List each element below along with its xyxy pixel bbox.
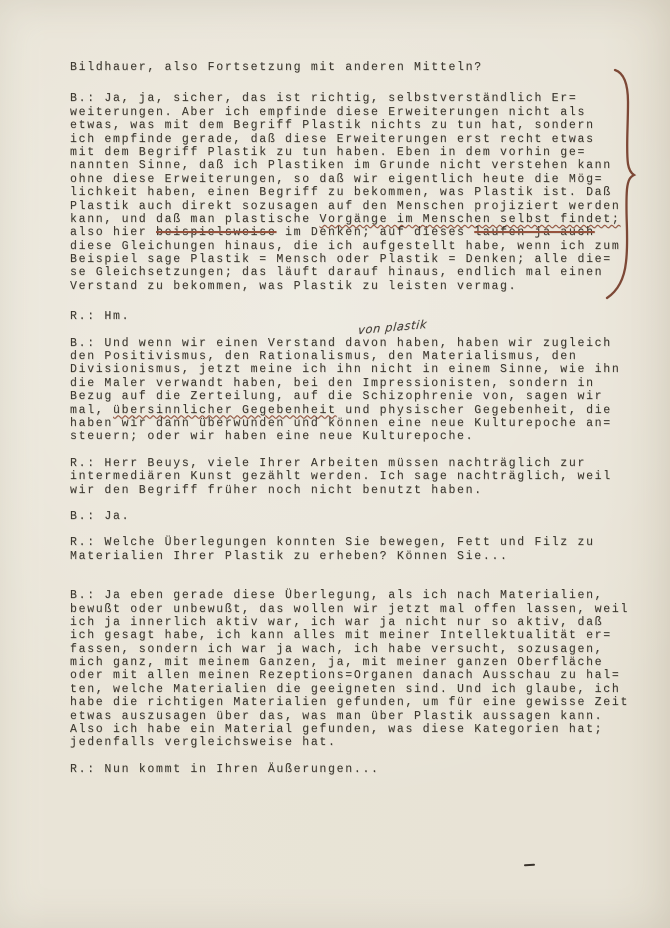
- typed-text-line: B.: Und wenn wir einen Verstand davon ha…: [70, 337, 632, 350]
- typed-text-line: bewußt oder unbewußt, das wollen wir jet…: [70, 603, 632, 616]
- typed-lines-group: diese Gleichungen hinaus, die ich aufges…: [70, 240, 632, 294]
- typed-text-line: Plastik auch direkt sozusagen auf den Me…: [70, 200, 632, 213]
- red-underlined-text: übersinnlicher Gegebenheit: [113, 404, 337, 417]
- typed-text-line: weiterungen. Aber ich empfinde diese Erw…: [70, 106, 632, 119]
- typed-text-line: lichkeit haben, einen Begriff zu bekomme…: [70, 186, 632, 199]
- typed-text-line: mal, übersinnlicher Gegebenheit und phys…: [70, 404, 632, 417]
- typed-text-line: ich ja innerlich aktiv war, ich war ja n…: [70, 616, 632, 629]
- typed-lines-group: haben wir dann überwunden und können ein…: [70, 417, 632, 444]
- scanned-document-page: Bildhauer, also Fortsetzung mit anderen …: [0, 0, 670, 928]
- typed-text-line: Also ich habe ein Material gefunden, was…: [70, 723, 632, 736]
- typed-text-line: Bildhauer, also Fortsetzung mit anderen …: [70, 61, 632, 74]
- typed-text-line: nannten Sinne, daß ich Plastiken im Grun…: [70, 159, 632, 172]
- red-underlined-text: Vorgänge im Menschen selbst findet;: [319, 213, 620, 226]
- typed-text-line: oder mit allen meinen Rezeptions=Organen…: [70, 669, 632, 682]
- typed-text-line: diese Gleichungen hinaus, die ich aufges…: [70, 240, 632, 253]
- paragraph-beuys-1: B.: Ja, ja, sicher, das ist richtig, sel…: [70, 92, 632, 293]
- typed-text-line: habe die richtigen Materialien gefunden,…: [70, 696, 632, 709]
- typed-text-line: fassen, sondern ich war ja wach, ich hab…: [70, 643, 632, 656]
- red-struck-text: laufen ja auch: [474, 226, 594, 239]
- typewritten-text-block: Bildhauer, also Fortsetzung mit anderen …: [70, 61, 632, 789]
- typed-text-line: se Gleichsetzungen; das läuft darauf hin…: [70, 266, 632, 279]
- typed-text-line: B.: Ja eben gerade diese Überlegung, als…: [70, 589, 632, 602]
- typed-text-line: ten, welche Materialien die geeigneten s…: [70, 683, 632, 696]
- typed-text-line: ich gesagt habe, ich kann alles mit mein…: [70, 629, 632, 642]
- paragraph-interviewer-1: R.: Hm.: [70, 310, 632, 323]
- typed-text-line: haben wir dann überwunden und können ein…: [70, 417, 632, 430]
- typed-text-line: B.: Ja.: [70, 510, 632, 523]
- typed-text-line: die Maler verwandt haben, bei den Impres…: [70, 377, 632, 390]
- typed-text-line: steuern; oder wir haben eine neue Kultur…: [70, 430, 632, 443]
- typed-text-line: kann, und daß man plastische Vorgänge im…: [70, 213, 632, 226]
- typed-text-line: B.: Ja, ja, sicher, das ist richtig, sel…: [70, 92, 632, 105]
- typed-text-line: Divisionismus, jetzt meine ich ihn nicht…: [70, 363, 632, 376]
- typed-text-line: etwas auszusagen über das, was man über …: [70, 710, 632, 723]
- typed-lines-group: B.: Ja.: [70, 510, 632, 523]
- typed-text-line: also hier beispielsweise im Denken; auf …: [70, 226, 632, 239]
- typed-text-line: jedenfalls vergleichsweise hat.: [70, 736, 632, 749]
- typed-text-line: intermediären Kunst gezählt werden. Ich …: [70, 470, 632, 483]
- typed-lines-group: R.: Hm.: [70, 310, 632, 323]
- typed-text-line: den Positivismus, den Rationalismus, den…: [70, 350, 632, 363]
- typed-lines-group: B.: Und wenn wir einen Verstand davon ha…: [70, 337, 632, 404]
- typed-text-line: R.: Hm.: [70, 310, 632, 323]
- margin-brace-mark: [598, 66, 646, 306]
- typed-text-line: ohne diese Erweiterungen, so daß wir eig…: [70, 173, 632, 186]
- red-struck-text: beispielsweise: [156, 226, 276, 239]
- brace-stroke: [607, 70, 634, 298]
- typed-text: mal,: [70, 404, 113, 417]
- typed-text: im Denken; auf dieses: [276, 226, 474, 239]
- typed-text-line: mich ganz, mit meinem Ganzen, ja, mit me…: [70, 656, 632, 669]
- typed-lines-group: B.: Ja, ja, sicher, das ist richtig, sel…: [70, 92, 632, 213]
- typed-lines-group: B.: Ja eben gerade diese Überlegung, als…: [70, 589, 632, 750]
- typed-text: kann, und daß man plastische: [70, 213, 319, 226]
- paragraph-beuys-3: B.: Ja.: [70, 510, 632, 523]
- typed-lines-group: R.: Welche Überlegungen konnten Sie bewe…: [70, 536, 632, 563]
- paragraph-interviewer-2: R.: Herr Beuys, viele Ihrer Arbeiten müs…: [70, 457, 632, 497]
- typed-text: also hier: [70, 226, 156, 239]
- typed-text-line: R.: Welche Überlegungen konnten Sie bewe…: [70, 536, 632, 549]
- typed-text: und physischer Gegebenheit, die: [337, 404, 612, 417]
- typed-text-line: wir den Begriff früher noch nicht benutz…: [70, 484, 632, 497]
- typed-text-line: Bezug auf die Zerteilung, auf die Schizo…: [70, 390, 632, 403]
- typed-text-line: ich empfinde gerade, daß diese Erweiteru…: [70, 133, 632, 146]
- typed-lines-group: R.: Herr Beuys, viele Ihrer Arbeiten müs…: [70, 457, 632, 497]
- paragraph-beuys-4: B.: Ja eben gerade diese Überlegung, als…: [70, 589, 632, 750]
- paragraph-interviewer-4: R.: Nun kommt in Ihren Äußerungen...: [70, 763, 632, 776]
- typed-text-line: Materialien Ihrer Plastik zu erheben? Kö…: [70, 550, 632, 563]
- pencil-dash-mark: [524, 864, 535, 867]
- paragraph-interviewer-3: R.: Welche Überlegungen konnten Sie bewe…: [70, 536, 632, 563]
- typed-text-line: Beispiel sage Plastik = Mensch oder Plas…: [70, 253, 632, 266]
- typed-text-line: etwas, was mit dem Begriff Plastik nicht…: [70, 119, 632, 132]
- interview-question-heading: Bildhauer, also Fortsetzung mit anderen …: [70, 61, 632, 74]
- typed-text-line: R.: Herr Beuys, viele Ihrer Arbeiten müs…: [70, 457, 632, 470]
- typed-text-line: R.: Nun kommt in Ihren Äußerungen...: [70, 763, 632, 776]
- typed-text-line: mit dem Begriff Plastik zu tun haben. Eb…: [70, 146, 632, 159]
- typed-text-line: Verstand zu bekommen, was Plastik zu lei…: [70, 280, 632, 293]
- paragraph-beuys-2: B.: Und wenn wir einen Verstand davon ha…: [70, 337, 632, 444]
- typed-lines-group: R.: Nun kommt in Ihren Äußerungen...: [70, 763, 632, 776]
